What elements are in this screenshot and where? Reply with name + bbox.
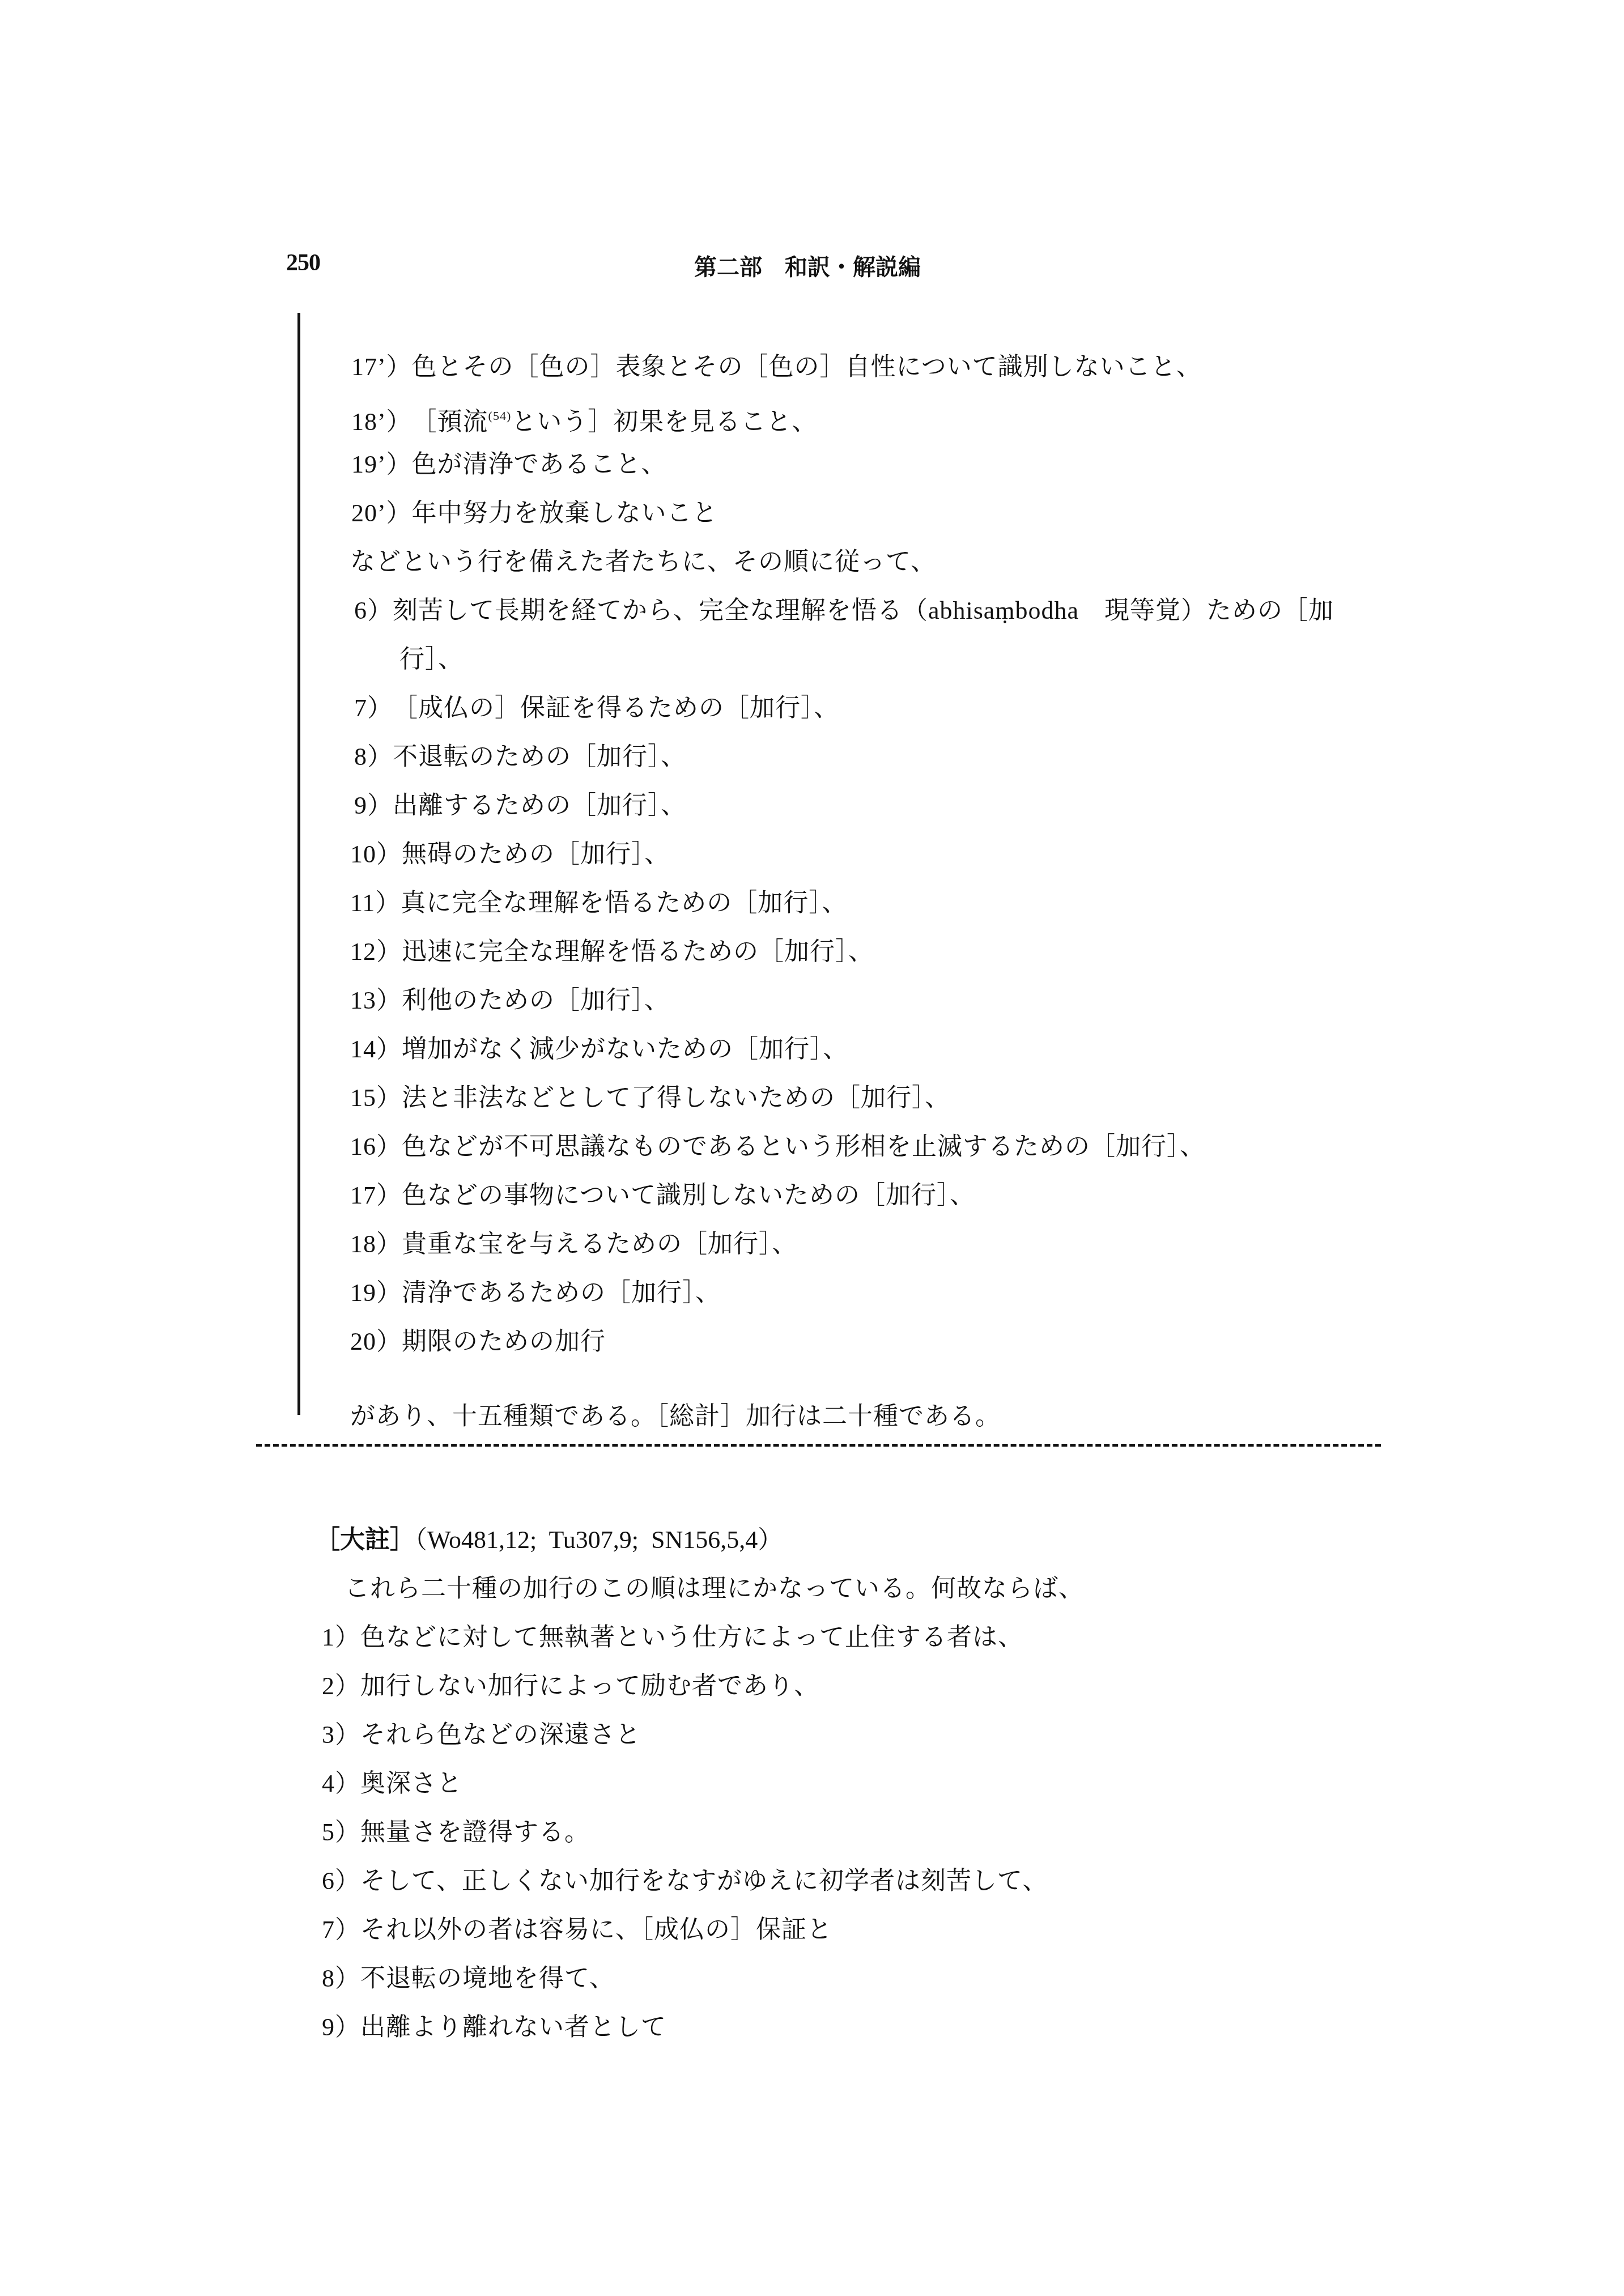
dashed-divider xyxy=(256,1444,1381,1447)
list-item: 9）出離より離れない者として xyxy=(288,1976,666,2078)
sanskrit-term: abhisaṃbodha xyxy=(928,597,1079,624)
list-item: 6）刻苦して長期を経てから、完全な理解を悟る（abhisaṃbodha 現等覚）… xyxy=(320,560,1334,662)
paragraph-line: があり、十五種類である。［総計］加行は二十種である。 xyxy=(316,1366,1001,1468)
running-header: 第二部 和訳・解説編 xyxy=(694,249,921,282)
page-number: 250 xyxy=(286,249,320,277)
sidebar-bar xyxy=(297,313,300,1415)
